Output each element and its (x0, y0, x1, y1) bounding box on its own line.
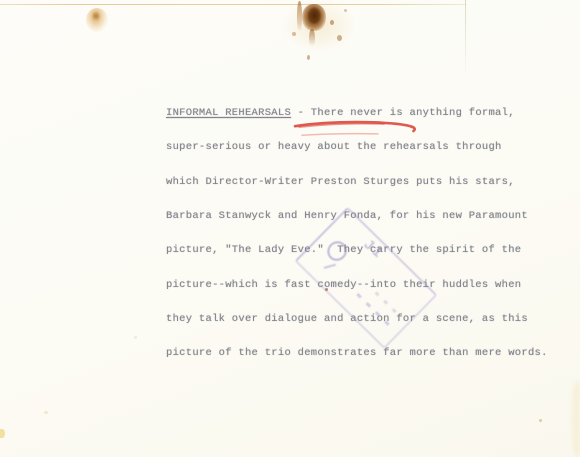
stain-drip (297, 1, 302, 32)
stain-drip (309, 29, 315, 48)
photo-back-paper: INFORMAL REHEARSALS - There never is any… (0, 0, 580, 457)
caption-heading: INFORMAL REHEARSALS (166, 107, 291, 119)
typed-line: which Director-Writer Preston Sturges pu… (166, 177, 548, 188)
paper-speck (539, 419, 542, 422)
stain-speck (292, 32, 296, 36)
stain-blob (308, 7, 321, 24)
paper-crease-line (0, 4, 466, 5)
stain-speck (344, 9, 347, 12)
typed-text: - There never is anything formal, (291, 107, 515, 119)
stain-speck (330, 20, 334, 25)
stain-blob (92, 11, 100, 21)
stain-speck (307, 55, 310, 60)
paper-speck (134, 336, 137, 339)
stamp-serial-marks (356, 293, 394, 330)
stain-blob (282, 0, 356, 52)
typed-line: picture of the trio demonstrates far mor… (166, 348, 548, 359)
paper-crease-vertical (465, 0, 466, 78)
stain-blob (86, 8, 108, 32)
stain-large (276, 0, 366, 68)
stamp-circle-glyph (323, 237, 351, 265)
stain-small (84, 6, 112, 36)
typed-line: super-serious or heavy about the rehears… (166, 142, 548, 153)
paper-speck (325, 288, 328, 291)
typed-line: INFORMAL REHEARSALS - There never is any… (166, 108, 548, 119)
paper-speck (44, 411, 48, 414)
stain-blob (302, 4, 326, 31)
paper-speck (0, 429, 5, 438)
stamp-stroke (324, 264, 336, 269)
stain-speck (337, 35, 342, 41)
paper-edge-smudge (572, 382, 580, 457)
